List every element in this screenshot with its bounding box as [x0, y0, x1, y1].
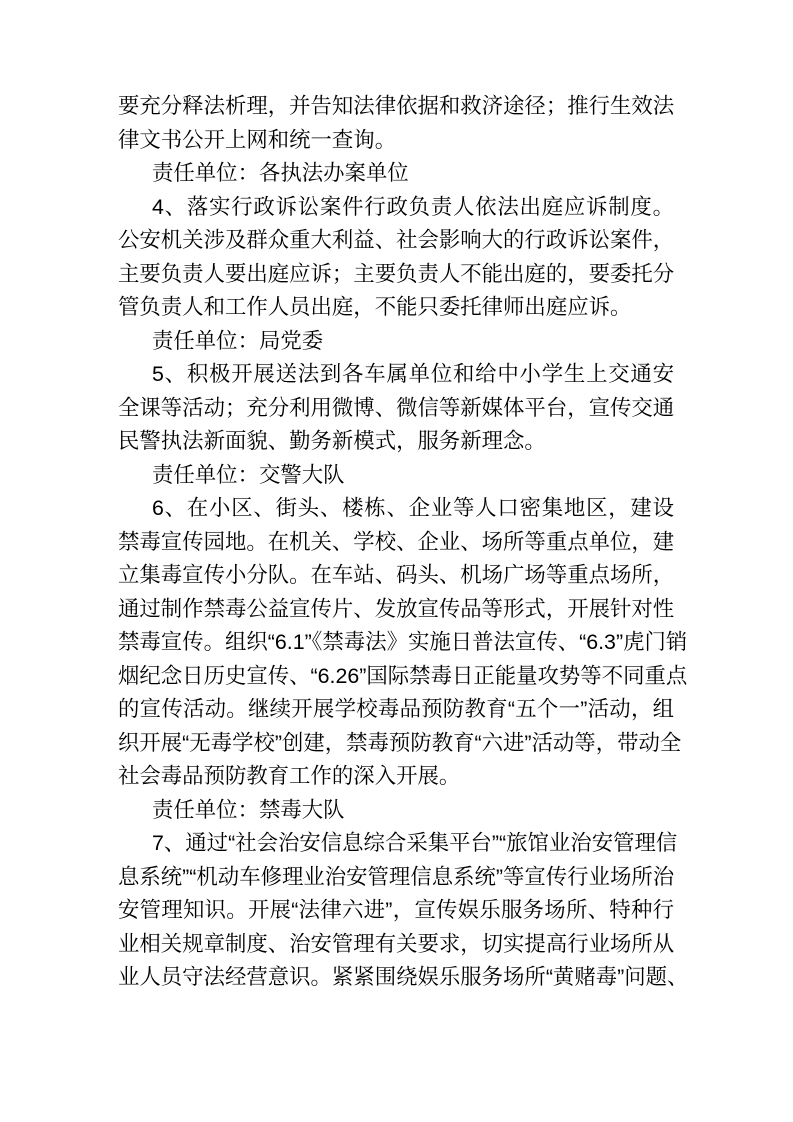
text-line: 安管理知识。开展“法律六进”，宣传娱乐服务场所、特种行	[118, 894, 674, 928]
text-line: 民警执法新面貌、勤务新模式，服务新理念。	[118, 425, 674, 459]
text-line: 全课等活动；充分利用微博、微信等新媒体平台，宣传交通	[118, 392, 674, 426]
text-line: 主要负责人要出庭应诉；主要负责人不能出庭的，要委托分	[118, 258, 674, 292]
text-line: 禁毒宣传园地。在机关、学校、企业、场所等重点单位，建	[118, 526, 674, 560]
text-line: 通过制作禁毒公益宣传片、发放宣传品等形式，开展针对性	[118, 593, 674, 627]
text-line: 织开展“无毒学校”创建，禁毒预防教育“六进”活动等，带动全	[118, 727, 674, 761]
text-line: 公安机关涉及群众重大利益、社会影响大的行政诉讼案件，	[118, 224, 674, 258]
text-line: 7、通过“社会治安信息综合采集平台”“旅馆业治安管理信	[118, 827, 674, 861]
text-line: 6、在小区、街头、楼栋、企业等人口密集地区，建设	[118, 492, 674, 526]
text-line: 业人员守法经营意识。紧紧围绕娱乐服务场所“黄赌毒”问题、	[118, 961, 674, 995]
text-line: 4、落实行政诉讼案件行政负责人依法出庭应诉制度。	[118, 191, 674, 225]
text-line: 律文书公开上网和统一查询。	[118, 124, 674, 158]
text-line: 社会毒品预防教育工作的深入开展。	[118, 760, 674, 794]
text-line: 责任单位：局党委	[118, 325, 674, 359]
text-line: 立集毒宣传小分队。在车站、码头、机场广场等重点场所，	[118, 559, 674, 593]
document-body: 要充分释法析理，并告知法律依据和救济途径；推行生效法律文书公开上网和统一查询。责…	[118, 90, 674, 995]
text-line: 责任单位：禁毒大队	[118, 794, 674, 828]
text-line: 烟纪念日历史宣传、“6.26”国际禁毒日正能量攻势等不同重点	[118, 660, 674, 694]
text-line: 5、积极开展送法到各车属单位和给中小学生上交通安	[118, 358, 674, 392]
text-line: 责任单位：各执法办案单位	[118, 157, 674, 191]
text-line: 管负责人和工作人员出庭，不能只委托律师出庭应诉。	[118, 291, 674, 325]
text-line: 息系统”“机动车修理业治安管理信息系统”等宣传行业场所治	[118, 861, 674, 895]
document-page: 要充分释法析理，并告知法律依据和救济途径；推行生效法律文书公开上网和统一查询。责…	[0, 0, 793, 1122]
text-line: 责任单位：交警大队	[118, 459, 674, 493]
text-line: 要充分释法析理，并告知法律依据和救济途径；推行生效法	[118, 90, 674, 124]
text-line: 的宣传活动。继续开展学校毒品预防教育“五个一”活动，组	[118, 693, 674, 727]
text-line: 业相关规章制度、治安管理有关要求，切实提高行业场所从	[118, 928, 674, 962]
text-line: 禁毒宣传。组织“6.1”《禁毒法》实施日普法宣传、“6.3”虎门销	[118, 626, 674, 660]
